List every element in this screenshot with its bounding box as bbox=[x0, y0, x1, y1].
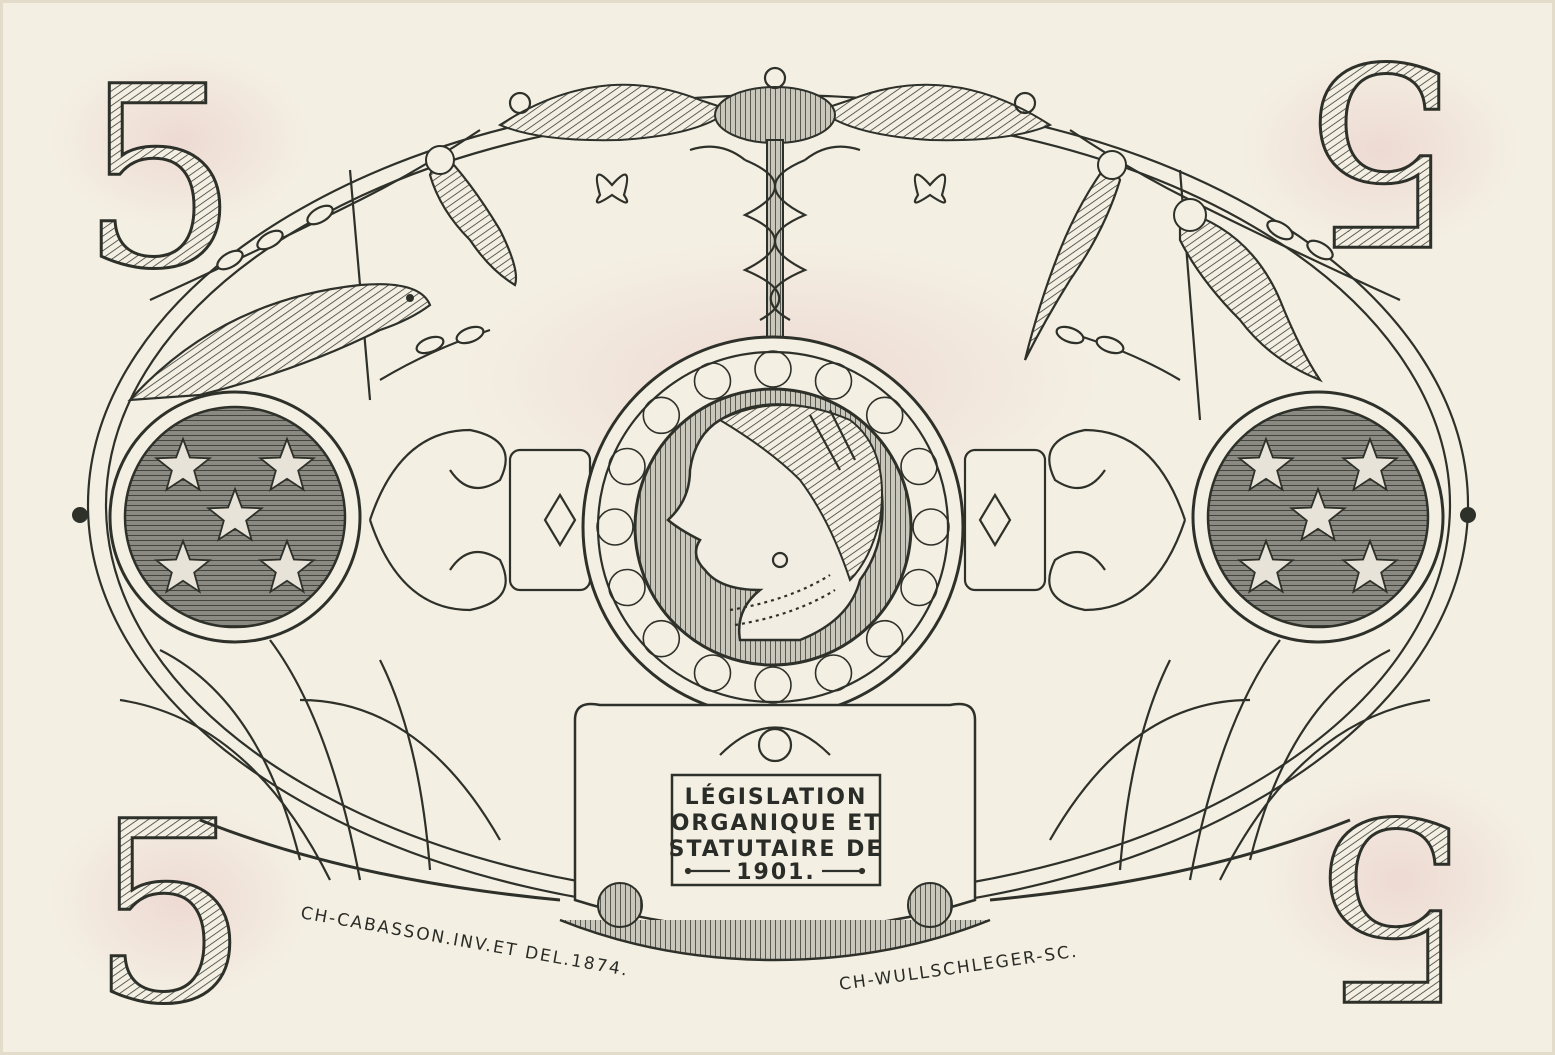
cartouche-line-2: ORGANIQUE ET bbox=[671, 811, 882, 836]
cartouche-line-1: LÉGISLATION bbox=[685, 784, 868, 810]
portrait-medallion bbox=[583, 337, 963, 717]
denomination-bottom-right: 5 bbox=[1311, 761, 1470, 1052]
banknote-engraving: 5 5 5 5 bbox=[0, 0, 1555, 1055]
cartouche-line-3: STATUTAIRE DE bbox=[669, 837, 884, 862]
banknote-reverse: 5 5 5 5 bbox=[0, 0, 1555, 1055]
cartouche-year: 1901. bbox=[736, 860, 816, 885]
denomination-bottom-left: 5 bbox=[90, 768, 249, 1055]
denomination-top-left: 5 bbox=[80, 33, 239, 324]
